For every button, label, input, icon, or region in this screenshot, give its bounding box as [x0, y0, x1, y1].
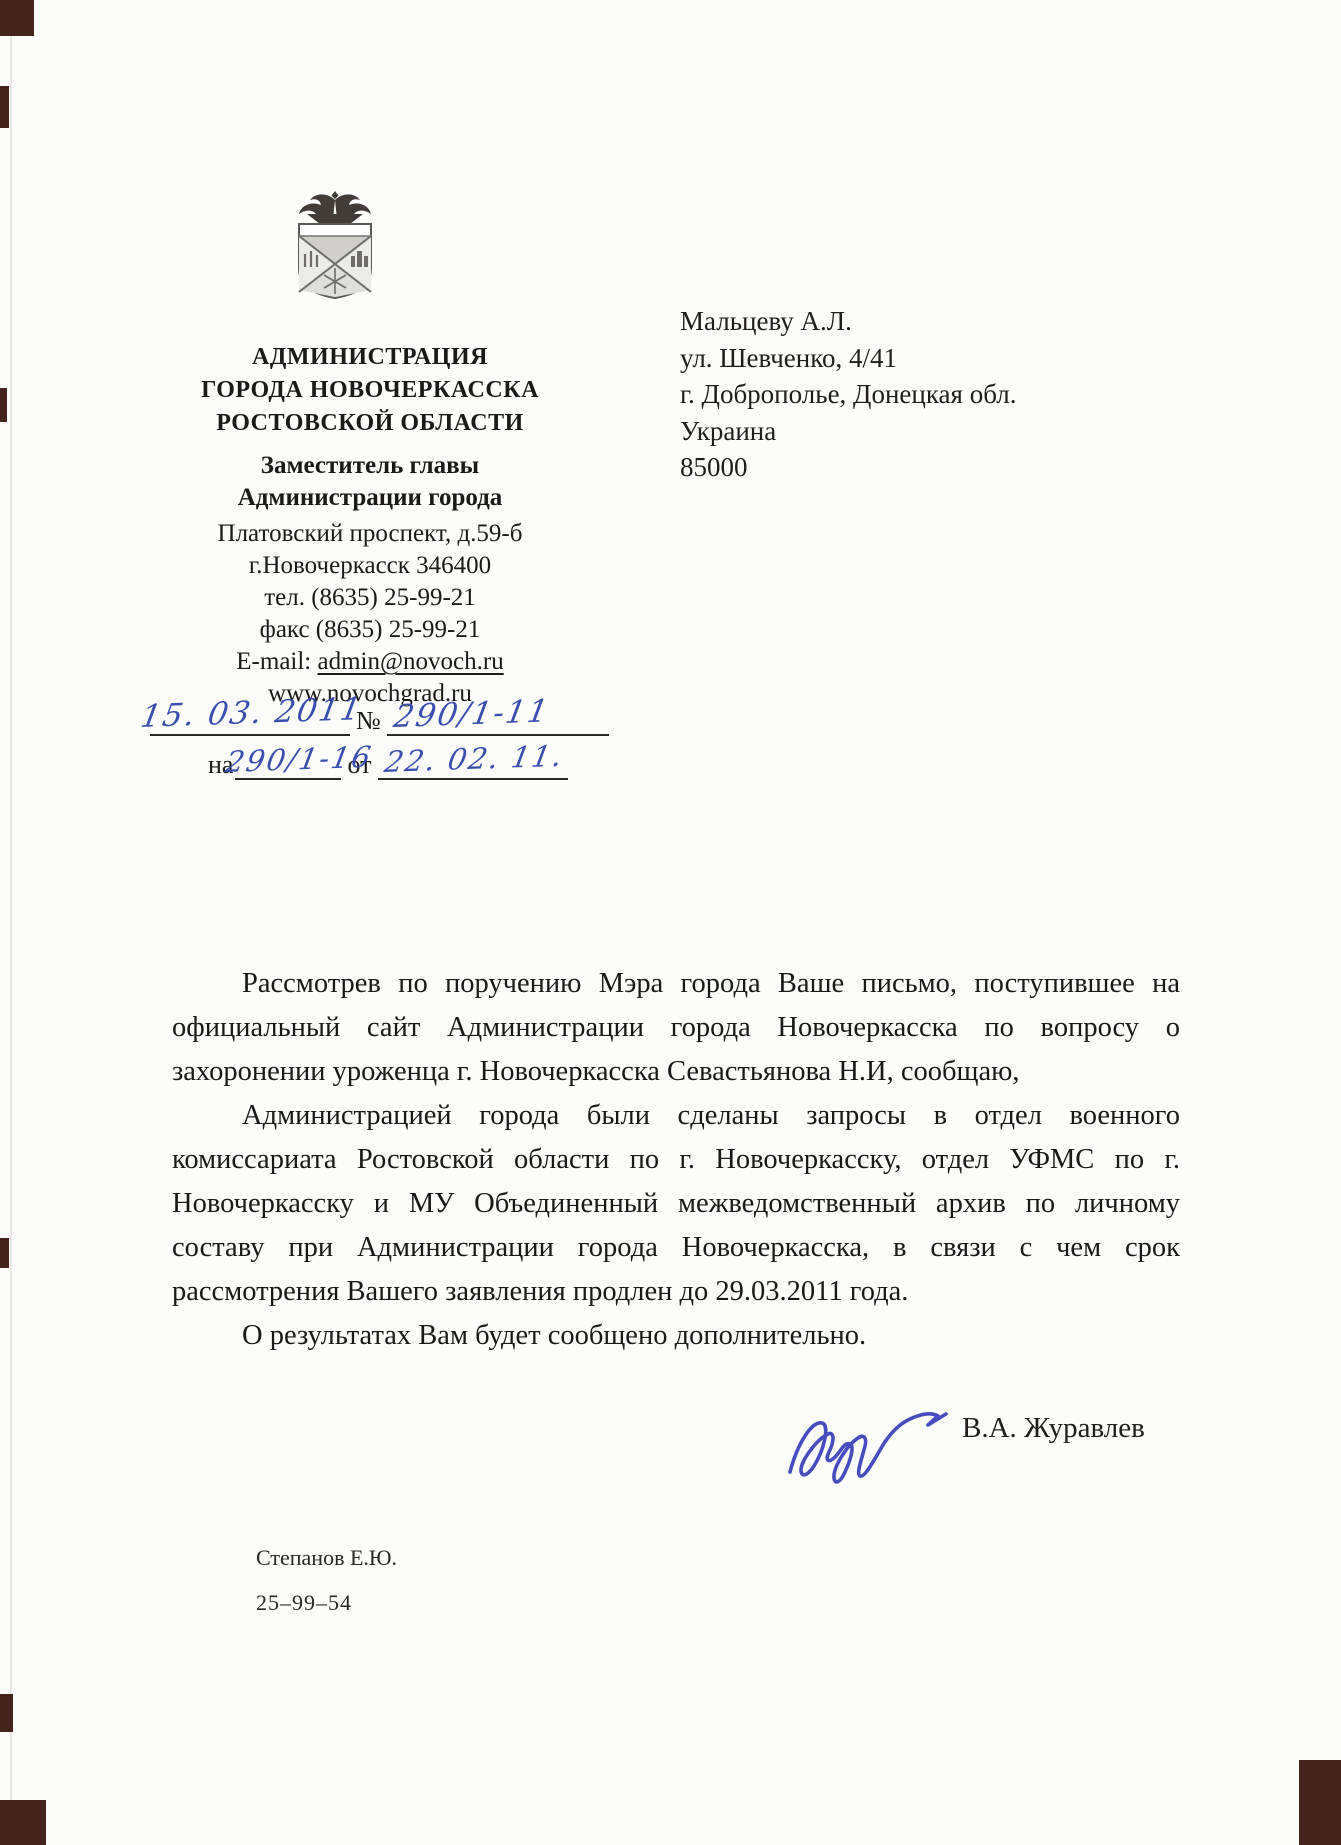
scanned-letter-page: АДМИНИСТРАЦИЯ ГОРОДА НОВОЧЕРКАССКА РОСТО… — [0, 0, 1341, 1845]
recipient-country: Украина — [680, 413, 1017, 450]
dept-line1: Заместитель главы — [118, 450, 622, 482]
recipient-street: ул. Шевченко, 4/41 — [680, 340, 1017, 377]
letter-body: Рассмотрев по поручению Мэра города Ваше… — [172, 962, 1180, 1358]
address-line2: г.Новочеркасск 346400 — [118, 550, 622, 582]
handwritten-incoming-number: 290/1-16 — [223, 740, 375, 779]
recipient-name: Мальцеву А.Л. — [680, 303, 1017, 340]
fax-line: факс (8635) 25-99-21 — [118, 614, 622, 646]
handwritten-signature — [778, 1392, 956, 1500]
body-paragraph-2: Администрацией города были сделаны запро… — [172, 1094, 1180, 1314]
email-label: E-mail: — [236, 648, 317, 675]
incoming-reference-row: на 290/1-16 от 22. 02. 11. — [208, 744, 690, 780]
recipient-block: Мальцеву А.Л. ул. Шевченко, 4/41 г. Добр… — [680, 303, 1017, 486]
handwritten-outgoing-date: 15. 03. 2011 — [138, 691, 365, 735]
org-name-line1: АДМИНИСТРАЦИЯ — [118, 341, 622, 374]
executor-phone: 25–99–54 — [256, 1590, 397, 1616]
handwritten-incoming-date: 22. 02. 11. — [382, 739, 567, 779]
scan-artifact — [0, 1238, 9, 1268]
reference-block: 15. 03. 2011 № 290/1-11 на 290/1-16 от 2… — [150, 700, 690, 780]
body-paragraph-3: О результатах Вам будет сообщено дополни… — [172, 1314, 1180, 1358]
recipient-city: г. Доброполье, Донецкая обл. — [680, 376, 1017, 413]
outgoing-date-field: 15. 03. 2011 — [150, 700, 350, 736]
scan-artifact — [0, 1694, 13, 1732]
address-line1: Платовский проспект, д.59-б — [118, 518, 622, 550]
org-name-line2: ГОРОДА НОВОЧЕРКАССКА — [118, 374, 622, 407]
scan-artifact — [0, 388, 7, 422]
incoming-date-field: 22. 02. 11. — [378, 744, 568, 780]
phone-line: тел. (8635) 25-99-21 — [118, 582, 622, 614]
scan-artifact — [0, 86, 9, 128]
coat-of-arms-icon — [288, 188, 382, 302]
outgoing-reference-row: 15. 03. 2011 № 290/1-11 — [150, 700, 690, 736]
org-name-line3: РОСТОВСКОЙ ОБЛАСТИ — [118, 407, 622, 440]
executor-block: Степанов Е.Ю. 25–99–54 — [256, 1544, 397, 1616]
body-paragraph-1: Рассмотрев по поручению Мэра города Ваше… — [172, 962, 1180, 1094]
email-line: E-mail: admin@novoch.ru — [118, 646, 622, 678]
scan-edge-line — [10, 0, 12, 1845]
scan-artifact — [0, 0, 34, 36]
executor-name: Степанов Е.Ю. — [256, 1544, 397, 1572]
dept-line2: Администрации города — [118, 482, 622, 514]
email-address: admin@novoch.ru — [318, 648, 504, 675]
scan-artifact — [1299, 1760, 1341, 1845]
recipient-postcode: 85000 — [680, 449, 1017, 486]
signer-name: В.А. Журавлев — [962, 1412, 1145, 1445]
letterhead: АДМИНИСТРАЦИЯ ГОРОДА НОВОЧЕРКАССКА РОСТО… — [118, 341, 622, 710]
handwritten-outgoing-number: 290/1-11 — [391, 693, 553, 735]
incoming-number-field: 290/1-16 — [235, 744, 341, 780]
scan-artifact — [0, 1800, 46, 1845]
outgoing-number-field: 290/1-11 — [387, 700, 609, 736]
